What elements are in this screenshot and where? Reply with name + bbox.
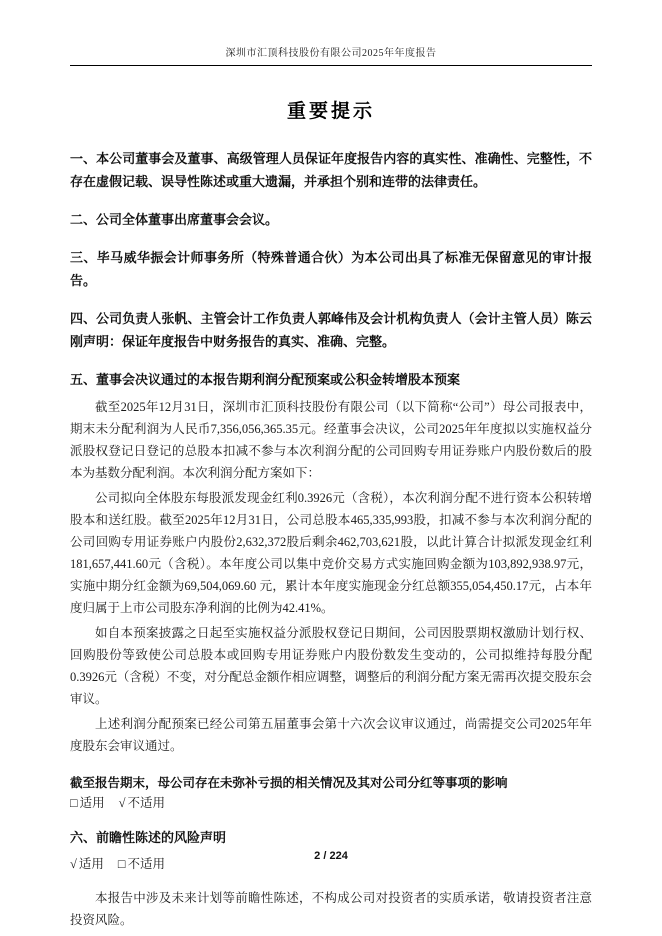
applicable-option: □适用 <box>70 796 105 810</box>
report-running-header: 深圳市汇顶科技股份有限公司2025年年度报告 <box>70 44 592 66</box>
notice-item-2: 二、公司全体董事出席董事会会议。 <box>70 208 592 231</box>
section-6-heading: 六、前瞻性陈述的风险声明 <box>70 826 592 849</box>
notice-item-3: 三、毕马威华振会计师事务所（特殊普通合伙）为本公司出具了标准无保留意见的审计报告… <box>70 246 592 292</box>
notice-item-1: 一、本公司董事会及董事、高级管理人员保证年度报告内容的真实性、准确性、完整性，不… <box>70 147 592 193</box>
check-mark-icon: √ <box>119 796 126 810</box>
loss-carryforward-applicability: □适用√不适用 <box>70 793 592 814</box>
not-applicable-option: √不适用 <box>119 796 165 810</box>
not-applicable-label: 不适用 <box>127 796 165 810</box>
section-6-para-1: 本报告中涉及未来计划等前瞻性陈述，不构成公司对投资者的实质承诺，敬请投资者注意投… <box>70 887 592 931</box>
loss-carryforward-heading: 截至报告期末，母公司存在未弥补亏损的相关情况及其对公司分红等事项的影响 <box>70 773 592 793</box>
section-5-para-3: 如自本预案披露之日起至实施权益分派股权登记日期间，公司因股票期权激励计划行权、回… <box>70 622 592 710</box>
notice-item-4: 四、公司负责人张帆、主管会计工作负责人郭峰伟及会计机构负责人（会计主管人员）陈云… <box>70 307 592 353</box>
section-5-heading: 五、董事会决议通过的本报告期利润分配预案或公积金转增股本预案 <box>70 368 592 391</box>
section-5-para-4: 上述利润分配预案已经公司第五届董事会第十六次会议审议通过，尚需提交公司2025年… <box>70 713 592 757</box>
page-number: 2 / 224 <box>0 850 662 862</box>
section-5-para-2: 公司拟向全体股东每股派发现金红利0.3926元（含税），本次利润分配不进行资本公… <box>70 487 592 619</box>
section-5-para-1: 截至2025年12月31日，深圳市汇顶科技股份有限公司（以下简称“公司”）母公司… <box>70 396 592 484</box>
checkbox-unchecked-icon: □ <box>70 796 78 810</box>
applicable-label: 适用 <box>80 796 105 810</box>
document-page: 深圳市汇顶科技股份有限公司2025年年度报告 重要提示 一、本公司董事会及董事、… <box>0 0 662 936</box>
page-title: 重要提示 <box>70 96 592 123</box>
report-header-text: 深圳市汇顶科技股份有限公司2025年年度报告 <box>226 48 437 59</box>
